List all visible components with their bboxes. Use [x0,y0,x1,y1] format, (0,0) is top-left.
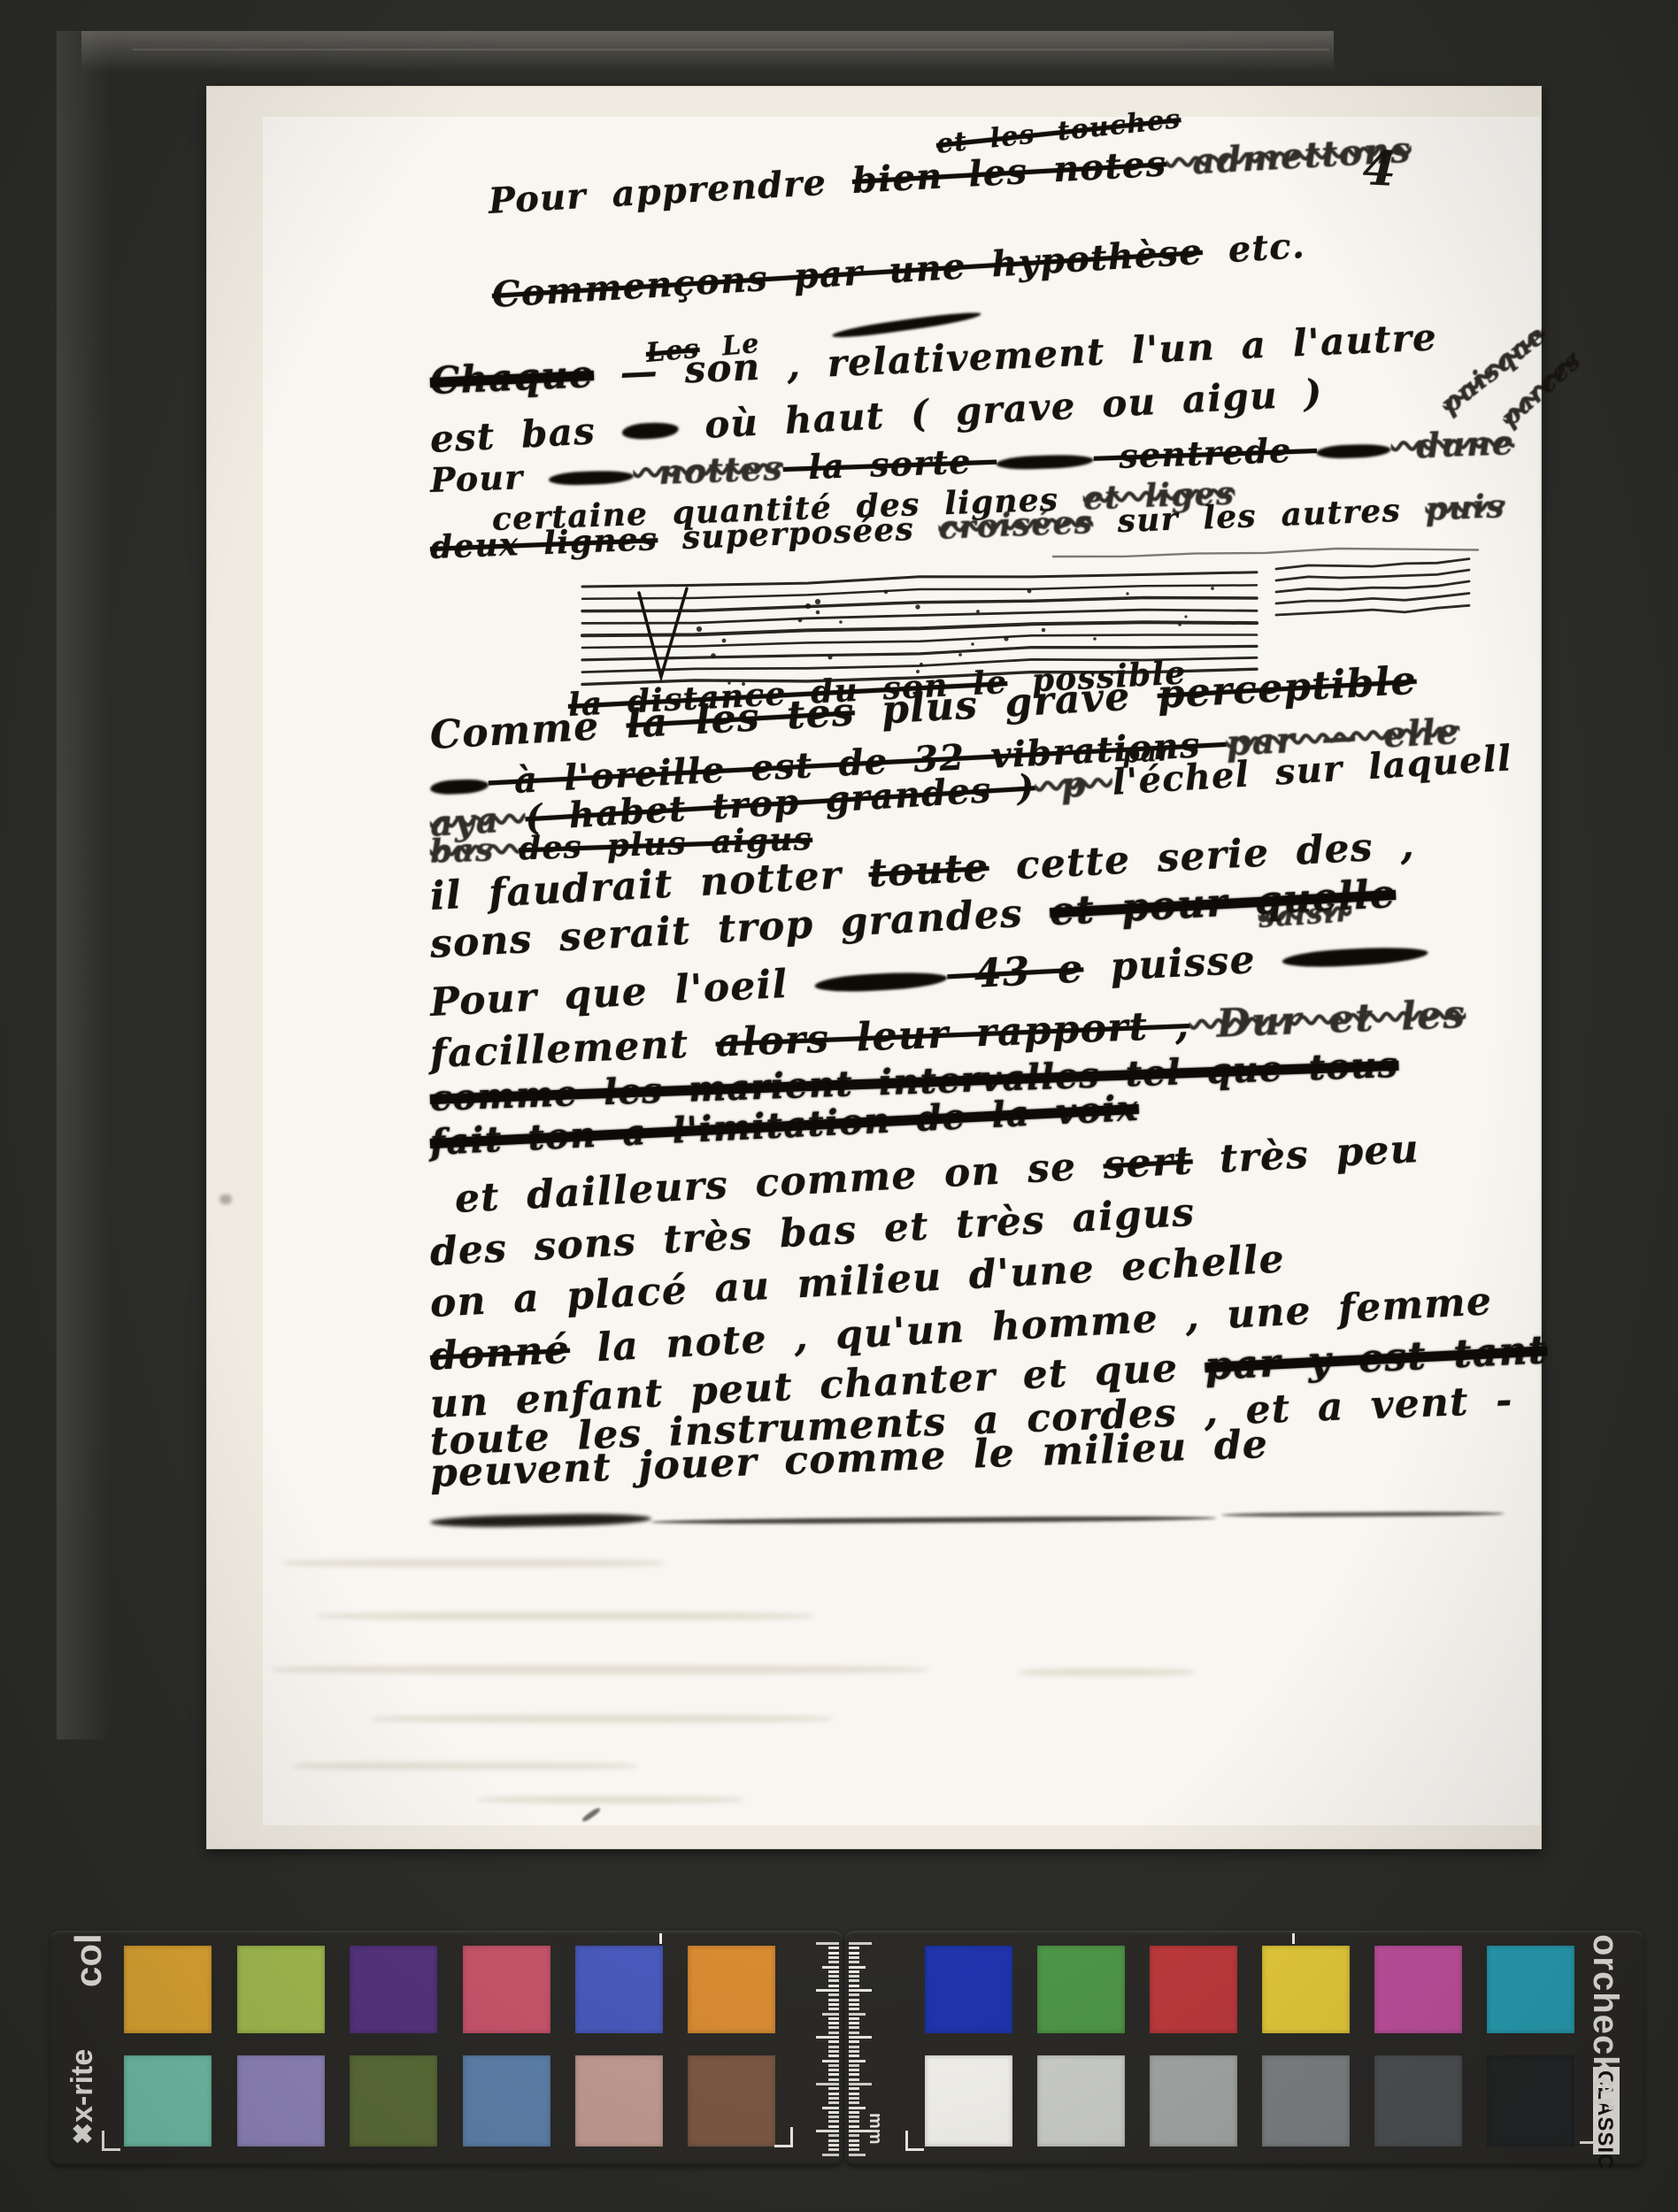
ghost-ink-mark [283,1559,664,1567]
color-patch-blue [925,1946,1012,2033]
ruler-tick [816,1942,839,1945]
crop-corner-icon [1580,2124,1598,2144]
ink-blot [997,453,1094,471]
brand-text-orchecker: orchecker [1585,1934,1625,2111]
color-patch-orange-yellow [124,1946,212,2033]
ruler-tick [849,1952,859,1955]
ink-blot [430,778,489,795]
color-patch-green [1037,1946,1125,2033]
pencil-smudge [219,1194,232,1204]
ruler-tick [822,2060,839,2062]
struck-word: sentrede [1093,429,1318,477]
ruler-tick [828,2055,839,2057]
ruler-tick [849,2144,859,2147]
ruler-tick [828,2026,839,2029]
photostat-top-edge-line [133,49,1329,50]
ruler-tick [849,2069,859,2071]
color-patch-bluish-green [124,2055,212,2147]
ruler-tick [849,1970,859,1973]
color-patch-magenta [1374,1946,1462,2033]
brand-text-col: col [67,1933,110,1987]
ruler-tick [849,2087,859,2090]
struck-word: la sorte [782,441,997,488]
ruler-tick [828,2046,839,2048]
ruler-unit-label: mm [865,2113,885,2145]
crop-corner-icon [905,2131,924,2151]
ruler-tick [849,1947,859,1949]
ruler-tick [828,2040,839,2043]
ruler-tick [816,2130,839,2132]
color-patch-neutral-8 [1037,2055,1125,2147]
ruler-tick [828,1985,839,1987]
ruler-tick [828,2032,839,2034]
photostat-top-shadow [81,31,1334,72]
ruler-tick [849,2083,872,2085]
ruler-tick [849,2003,859,2006]
ruler-tick [849,2154,866,2156]
ruler-tick [828,2125,839,2128]
ruler-tick [816,1989,839,1992]
color-patch-red [1150,1946,1237,2033]
ghost-ink-mark [478,1796,743,1803]
ink-blot [814,971,948,994]
ruler-tick [849,1989,872,1992]
ruler-tick [828,1961,839,1963]
ruler-tick [822,2107,839,2109]
color-patch-purple [350,1946,437,2033]
color-patch-yellow [1262,1946,1350,2033]
ruler-tick [849,2148,859,2151]
ruler-tick [849,1966,866,1969]
ruler-tick [849,2008,859,2010]
ruler-tick [849,2116,859,2118]
struck-word: Chaque [429,352,595,403]
ruler-tick [816,2036,839,2039]
ruler-tick [849,2120,859,2123]
struck-word: puis [1425,488,1506,527]
ghost-ink-mark [273,1665,928,1674]
ruler-tick [828,1956,839,1959]
ghost-ink-mark [292,1763,637,1770]
xrite-logo-icon: ✖ [69,2123,98,2145]
manuscript-word: Pour [429,456,549,500]
ruler-tick [816,2083,839,2085]
color-patch-dark-skin [688,2055,775,2147]
ink-blot [549,469,634,486]
staff-lines-sketch [558,544,1540,734]
ruler-tick [828,2116,839,2118]
ruler-tick [828,1979,839,1982]
registration-notch-icon [1292,1933,1295,1944]
ruler-tick [828,2097,839,2100]
crop-corner-icon [774,2127,793,2147]
ruler-tick [849,2064,859,2067]
color-patch-neutral-3-5 [1374,2055,1462,2147]
struck-word: bas [429,831,520,871]
struck-word: 43 e [946,946,1084,998]
struck-word: croisées [938,503,1094,547]
struck-word: donné [429,1327,572,1379]
ruler-tick [849,1961,859,1963]
ruler-tick [828,1952,839,1955]
ruler-tick [822,1966,839,1969]
color-patch-blue-flower [237,2055,325,2147]
crop-corner-icon [102,2131,120,2151]
color-patch-orange [688,1946,775,2033]
ruler-tick [828,2111,839,2114]
ruler-tick [849,2022,859,2024]
ink-blot [1317,443,1392,460]
ruler-tick [828,2087,839,2090]
ruler-tick [828,2003,839,2006]
ruler-tick [828,2120,839,2123]
ruler-tick [849,2060,866,2062]
ruler-tick [849,2032,859,2034]
archive-scan-page: 4 Pour apprendre bien les notes admetton… [0,0,1678,2212]
ruler-tick [849,1975,859,1978]
ruler-tick [828,2148,839,2151]
ruler-tick [849,2134,859,2137]
ruler-tick [849,2078,859,2081]
ruler-tick [849,1985,859,1987]
ruler-tick [828,1993,839,1996]
ruler-tick [828,2064,839,2067]
ruler-tick [849,2093,859,2095]
ruler-tick [828,2144,839,2147]
ruler-tick [828,1947,839,1949]
color-patch-black [1487,2055,1574,2147]
ruler-tick [849,1956,859,1959]
ruler-tick [828,2022,839,2024]
struck-word: dune [1390,422,1515,466]
ruler-tick [849,2017,859,2020]
ruler-tick [849,2107,866,2109]
color-patch-blue-sky [463,2055,550,2147]
struck-word: p [1034,762,1113,808]
ruler-tick [849,1993,859,1996]
ruler-tick [828,1999,839,2001]
color-patch-white [925,2055,1012,2147]
ruler-tick [849,1999,859,2001]
color-patch-cyan [1487,1946,1574,2033]
ruler-tick [828,2101,839,2104]
color-patch-foliage [350,2055,437,2147]
ink-blot [621,421,679,440]
ruler-tick [849,2050,859,2053]
manuscript-line: saisir [1258,895,1353,934]
ruler-tick [849,2139,859,2142]
ruler-tick [828,2017,839,2020]
ruler-tick [822,2154,839,2156]
ruler-tick [849,2055,859,2057]
ruler-tick [828,2139,839,2142]
mm-ruler-left-card [812,1931,843,2166]
color-patch-purplish-blue [575,1946,663,2033]
color-patch-moderate-red [463,1946,550,2033]
ruler-tick [828,2093,839,2095]
struck-word: saisir [1258,895,1353,934]
ruler-tick [849,2111,859,2114]
ink-blot [1282,945,1429,969]
struck-word: toute [867,845,989,896]
ruler-tick [828,2073,839,2076]
ruler-tick [849,2073,859,2076]
struck-word: alors [715,1017,830,1066]
ghost-ink-mark [1018,1669,1195,1676]
ruler-tick [828,2134,839,2137]
colorchecker-left-card [50,1931,843,2166]
ghost-ink-mark [319,1612,814,1620]
ruler-tick [849,2097,859,2100]
ruler-tick [828,2078,839,2081]
struck-word: sert [1102,1138,1194,1187]
ruler-tick [849,2125,859,2128]
ruler-tick [828,1970,839,1973]
ruler-tick [849,2026,859,2029]
color-patch-light-skin [575,2055,663,2147]
ruler-tick [849,2040,859,2043]
struck-word: nottes [633,448,784,493]
ruler-tick [849,2101,859,2104]
color-patch-yellow-green [237,1946,325,2033]
ruler-tick [849,2036,872,2039]
brand-text-xrite: ✖x-rite [65,2049,100,2145]
color-patch-neutral-6-5 [1150,2055,1237,2147]
colorchecker-right-card: CLASSIC [845,1931,1643,2166]
ruler-tick [849,2046,859,2048]
ruler-tick [822,2013,839,2016]
ruler-tick [828,2050,839,2053]
color-patch-neutral-5 [1262,2055,1350,2147]
ghost-ink-mark [372,1715,832,1723]
ruler-tick [849,2013,866,2016]
registration-notch-icon [659,1933,662,1944]
ruler-tick [828,2069,839,2071]
photostat-left-shade [57,31,110,1740]
ruler-tick [849,1942,872,1945]
ruler-tick [828,1975,839,1978]
ruler-tick [828,2008,839,2010]
manuscript-word: etc. [1201,225,1306,273]
ruler-tick [849,1979,859,1982]
